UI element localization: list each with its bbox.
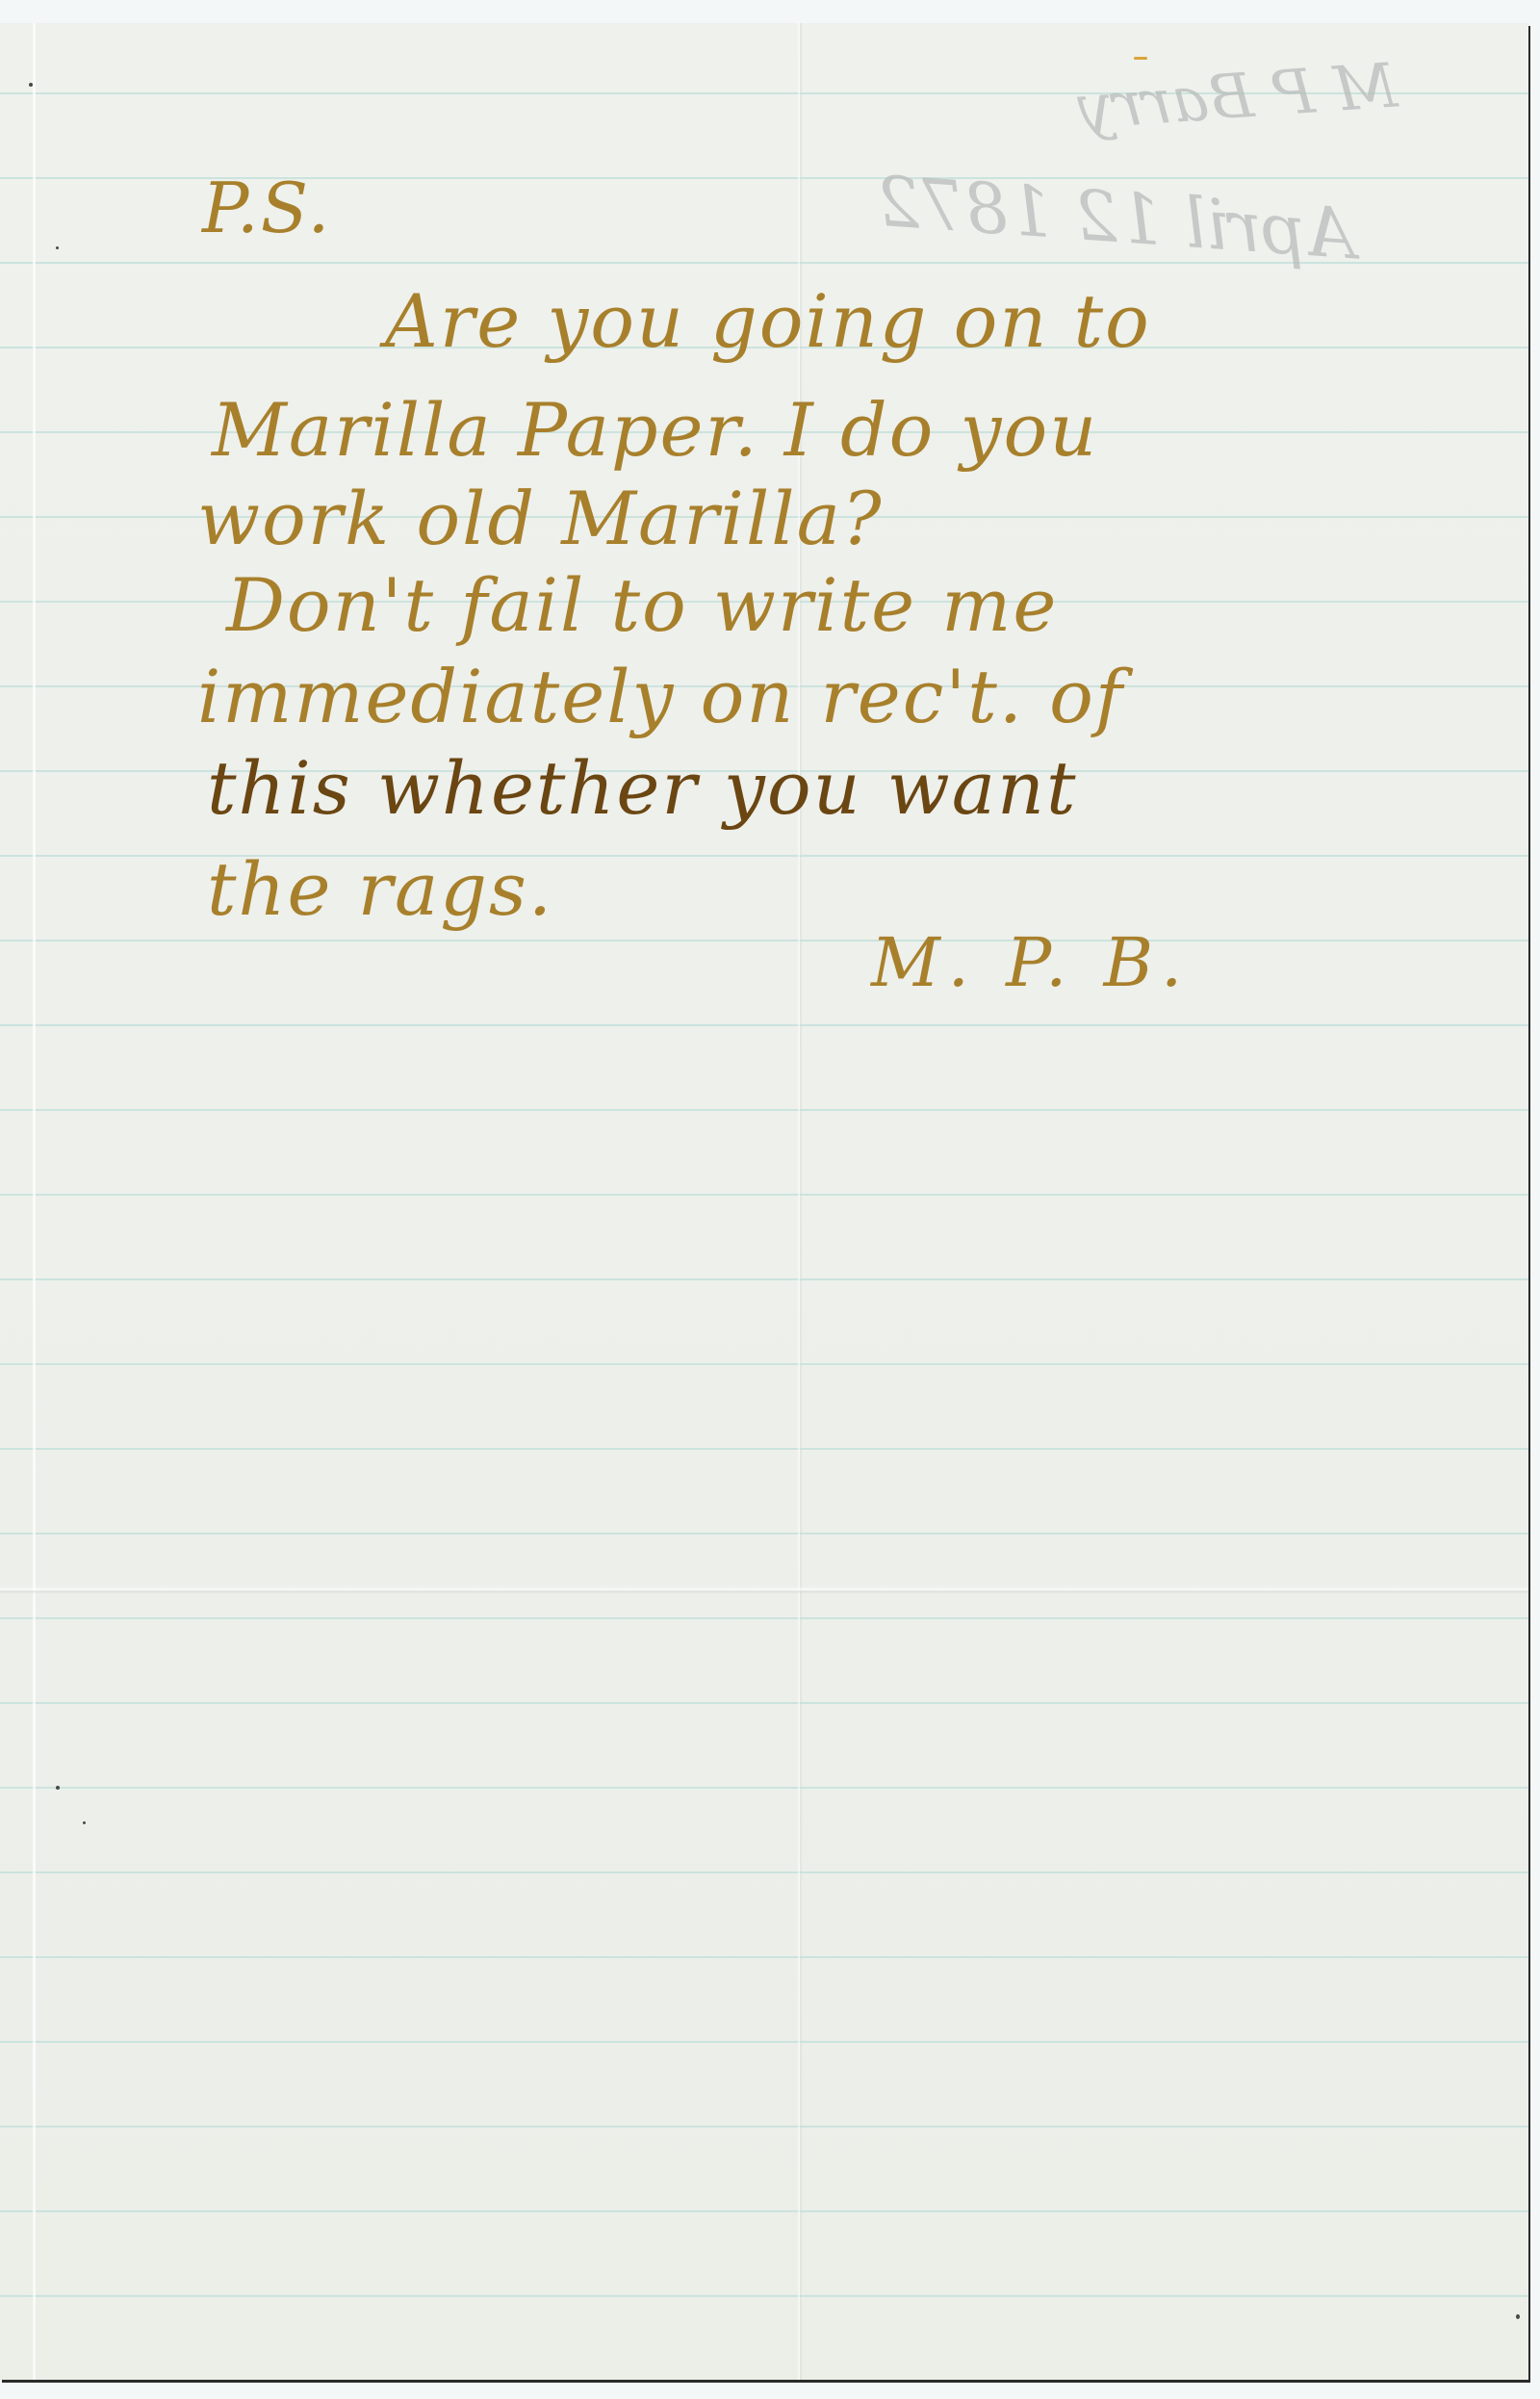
body-line-1: Are you going on to xyxy=(385,278,1151,364)
horizontal-fold xyxy=(0,1586,1528,1594)
rule-line xyxy=(0,1871,1528,1873)
rule-line xyxy=(0,1787,1528,1789)
postscript-heading: P.S. xyxy=(202,168,331,248)
rule-line xyxy=(0,2210,1528,2212)
rule-line xyxy=(0,1448,1528,1450)
rule-line xyxy=(0,1702,1528,1704)
vertical-fold xyxy=(797,23,803,2380)
paper-speck xyxy=(56,246,59,249)
body-line-2: Marilla Paper. I do you xyxy=(212,387,1098,473)
paper-speck xyxy=(83,1821,86,1824)
rule-line xyxy=(0,2295,1528,2297)
rule-line xyxy=(0,1109,1528,1111)
rule-line xyxy=(0,1194,1528,1196)
paper-speck xyxy=(56,1786,60,1790)
paper-speck xyxy=(1516,2314,1520,2319)
body-line-5: immediately on rec't. of xyxy=(197,654,1124,739)
body-line-3: work old Marilla? xyxy=(197,476,884,561)
rule-line xyxy=(0,1024,1528,1026)
rule-line xyxy=(0,1533,1528,1535)
body-line-4: Don't fail to write me xyxy=(226,562,1058,648)
left-edge-crease xyxy=(33,23,36,2380)
signature: M. P. B. xyxy=(871,923,1190,1002)
rule-line xyxy=(0,1278,1528,1280)
rule-line xyxy=(0,1363,1528,1365)
body-line-6: this whether you want xyxy=(207,745,1078,831)
rule-line xyxy=(0,940,1528,942)
rule-line xyxy=(0,1956,1528,1958)
ink-mark xyxy=(1134,57,1147,60)
rule-line xyxy=(0,1617,1528,1619)
rule-line xyxy=(0,2041,1528,2043)
paper-speck xyxy=(29,83,33,87)
body-line-7: the rags. xyxy=(207,846,553,932)
letter-sheet: M P Barry April 12 1872 P.S. Are you goi… xyxy=(0,23,1528,2380)
ruled-lines xyxy=(0,23,1528,2380)
rule-line xyxy=(0,2126,1528,2128)
